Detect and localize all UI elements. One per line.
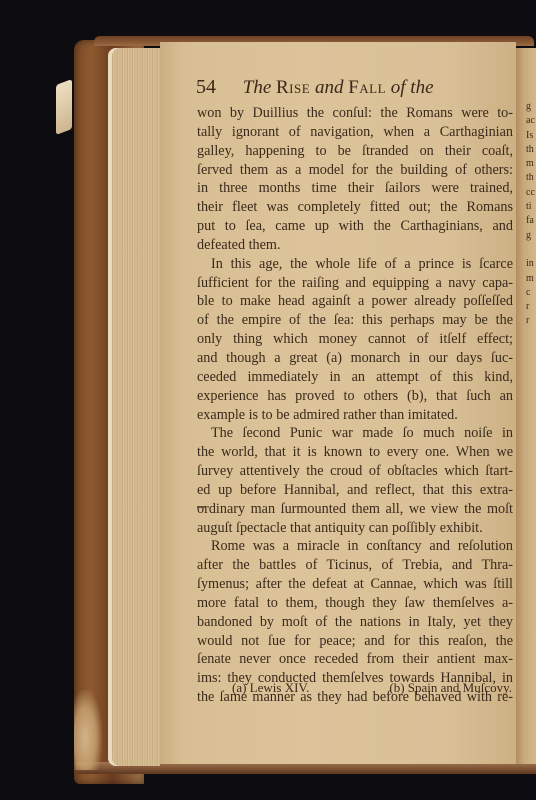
text-line: tally ignorant of navigation, when a Car… — [197, 123, 513, 142]
footnote-a: (a) Lewis XIV. — [232, 680, 309, 696]
facing-page-letters: cc — [526, 186, 536, 200]
facing-page-letters: fa — [526, 214, 536, 228]
facing-page-letters: r — [526, 314, 536, 328]
facing-page-letters: in — [526, 257, 536, 271]
text-line: after the battles of Ticinus, of Trebia,… — [197, 556, 513, 575]
text-line: in three months time their ſailors were … — [197, 179, 513, 198]
running-title-part: of the — [386, 77, 434, 98]
text-line: bandoned by moſt of the nations in Italy… — [197, 613, 513, 632]
facing-page-letters: Is — [526, 129, 536, 143]
running-head: 54 The Rise and Fall of the — [196, 76, 516, 99]
footnotes: (a) Lewis XIV. (b) Spain and Muſcovy. — [232, 680, 512, 696]
facing-page-letters: th — [526, 143, 536, 157]
text-line: In this age, the whole life of a prince … — [197, 255, 513, 274]
text-line: The ſecond Punic war made ſo much noiſe … — [197, 424, 513, 443]
text-line: would not ſue for peace; and for this re… — [197, 632, 513, 651]
text-line: ſerved them as a model for the building … — [197, 161, 513, 180]
footnote-b: (b) Spain and Muſcovy. — [389, 680, 512, 696]
text-line: ſymenus; after the defeat at Cannae, whi… — [197, 575, 513, 594]
running-title-part: Fall — [348, 77, 386, 98]
facing-page-letters: m — [526, 157, 536, 171]
facing-page-letters: g — [526, 229, 536, 243]
text-line: more fatal to them, though they ſaw them… — [197, 594, 513, 613]
text-line: auguſt ſpectacle that antiquity can poſſ… — [197, 519, 513, 538]
text-line: of the empire of the ſea: this perhaps m… — [197, 311, 513, 330]
running-title-part: Rise — [276, 77, 310, 98]
page-block-edges — [108, 48, 160, 766]
text-line: their fleet was completely fitted out; t… — [197, 198, 513, 217]
text-line: ceeded immediately in an attempt of this… — [197, 368, 513, 387]
facing-page-letters — [526, 243, 536, 257]
text-line: ſufficient for the raiſing and equipping… — [197, 274, 513, 293]
running-title-part: The — [243, 77, 276, 98]
text-line: example is to be admired rather than imi… — [197, 406, 513, 425]
facing-page-letters: m — [526, 272, 536, 286]
text-line: ſurvey attentively the croud of obſtacle… — [197, 462, 513, 481]
running-title-part: and — [310, 77, 348, 98]
book-scan: gacIsthmthcctifag inmcrr 54 The Rise and… — [0, 0, 536, 800]
facing-page-letters: g — [526, 100, 536, 114]
text-line: Rome was a miracle in conſtancy and reſo… — [197, 537, 513, 556]
text-line: only thing which money cannot of itſelf … — [197, 330, 513, 349]
facing-page-letters: ac — [526, 114, 536, 128]
page-number: 54 — [196, 76, 216, 98]
facing-page-fragment: gacIsthmthcctifag inmcrr — [526, 100, 536, 440]
cover-worn-corner — [74, 690, 102, 770]
text-line: put to ſea, came up with the Carthaginia… — [197, 217, 513, 236]
text-line: the world, that it is known to every one… — [197, 443, 513, 462]
text-line: defeated them. — [197, 236, 513, 255]
facing-page-letters: ti — [526, 200, 536, 214]
body-text: won by Duillius the conſul: the Romans w… — [197, 104, 513, 707]
margin-pencil-mark — [197, 506, 205, 508]
text-line: and though a great (a) monarch in our da… — [197, 349, 513, 368]
facing-page-letters: th — [526, 171, 536, 185]
text-line: ed up before Hannibal, and reflect, that… — [197, 481, 513, 500]
text-line: won by Duillius the conſul: the Romans w… — [197, 104, 513, 123]
cover-torn-chip — [56, 79, 72, 135]
facing-page-letters: c — [526, 286, 536, 300]
text-line: ſenate never once receded from their ant… — [197, 650, 513, 669]
text-line: galley, happening to be ſtranded on thei… — [197, 142, 513, 161]
facing-page-letters: r — [526, 300, 536, 314]
text-line: ordinary man ſurmounted them all, we vie… — [197, 500, 513, 519]
text-line: ble to make head againſt a power already… — [197, 292, 513, 311]
text-line: experience has proved to others (b), tha… — [197, 387, 513, 406]
